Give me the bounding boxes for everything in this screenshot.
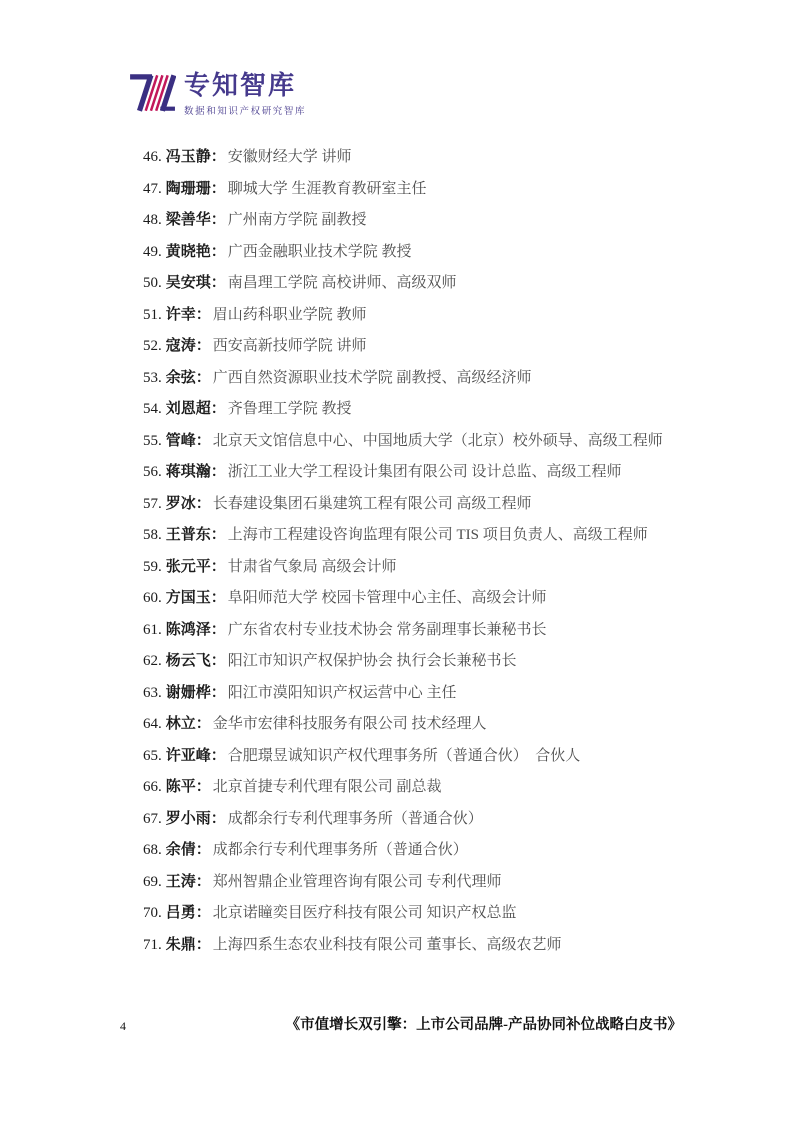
item-name: 黄晓艳： (166, 244, 226, 260)
document-page: 专知智库 数据和知识产权研究智库 46.冯玉静：安徽财经大学 讲师 47.陶珊珊… (0, 0, 794, 1123)
item-name: 林立： (166, 716, 211, 732)
item-affiliation: 长春建设集团石巢建筑工程有限公司 高级工程师 (213, 496, 532, 512)
item-number: 51. (143, 307, 162, 323)
item-number: 57. (143, 496, 162, 512)
item-number: 68. (143, 842, 162, 858)
item-number: 59. (143, 559, 162, 575)
item-affiliation: 上海市工程建设咨询监理有限公司 TIS 项目负责人、高级工程师 (228, 527, 648, 543)
item-name: 王涛： (166, 874, 211, 890)
item-name: 余弦： (166, 370, 211, 386)
item-affiliation: 阳江市漠阳知识产权运营中心 主任 (228, 685, 457, 701)
list-item: 57.罗冰：长春建设集团石巢建筑工程有限公司 高级工程师 (143, 489, 691, 521)
item-number: 58. (143, 527, 162, 543)
item-affiliation: 北京首捷专利代理有限公司 副总裁 (213, 779, 442, 795)
item-affiliation: 上海四系生态农业科技有限公司 董事长、高级农艺师 (213, 937, 562, 953)
item-name: 吕勇： (166, 905, 211, 921)
brand-logo-icon (128, 68, 176, 116)
item-affiliation: 南昌理工学院 高校讲师、高级双师 (228, 275, 457, 291)
item-number: 54. (143, 401, 162, 417)
item-name: 杨云飞： (166, 653, 226, 669)
item-name: 余倩： (166, 842, 211, 858)
item-affiliation: 浙江工业大学工程设计集团有限公司 设计总监、高级工程师 (228, 464, 622, 480)
list-item: 69.王涛：郑州智鼎企业管理咨询有限公司 专利代理师 (143, 867, 691, 899)
item-affiliation: 安徽财经大学 讲师 (228, 149, 352, 165)
item-number: 71. (143, 937, 162, 953)
item-number: 62. (143, 653, 162, 669)
item-name: 罗冰： (166, 496, 211, 512)
item-name: 梁善华： (166, 212, 226, 228)
item-number: 52. (143, 338, 162, 354)
item-affiliation: 北京诺瞳奕目医疗科技有限公司 知识产权总监 (213, 905, 517, 921)
brand-text: 专知智库 数据和知识产权研究智库 (184, 68, 306, 117)
list-item: 65.许亚峰：合肥璟昱诚知识产权代理事务所（普通合伙） 合伙人 (143, 741, 691, 773)
list-item: 59.张元平：甘肃省气象局 高级会计师 (143, 552, 691, 584)
list-item: 48.梁善华：广州南方学院 副教授 (143, 205, 691, 237)
list-item: 51.许幸：眉山药科职业学院 教师 (143, 300, 691, 332)
list-item: 60.方国玉：阜阳师范大学 校园卡管理中心主任、高级会计师 (143, 583, 691, 615)
list-item: 68.余倩：成都余行专利代理事务所（普通合伙） (143, 835, 691, 867)
item-number: 64. (143, 716, 162, 732)
list-item: 52.寇涛：西安高新技师学院 讲师 (143, 331, 691, 363)
item-name: 张元平： (166, 559, 226, 575)
list-item: 56.蒋琪瀚：浙江工业大学工程设计集团有限公司 设计总监、高级工程师 (143, 457, 691, 489)
list-item: 63.谢姗桦：阳江市漠阳知识产权运营中心 主任 (143, 678, 691, 710)
item-affiliation: 眉山药科职业学院 教师 (213, 307, 367, 323)
item-affiliation: 广西金融职业技术学院 教授 (228, 244, 412, 260)
item-affiliation: 聊城大学 生涯教育教研室主任 (228, 181, 427, 197)
brand-tagline: 数据和知识产权研究智库 (184, 103, 306, 117)
item-number: 67. (143, 811, 162, 827)
item-name: 管峰： (166, 433, 211, 449)
item-affiliation: 北京天文馆信息中心、中国地质大学（北京）校外硕导、高级工程师 (213, 433, 663, 449)
list-item: 64.林立：金华市宏律科技服务有限公司 技术经理人 (143, 709, 691, 741)
footer-book-title: 《市值增长双引擎：上市公司品牌-产品协同补位战略白皮书》 (286, 1014, 682, 1036)
list-item: 47.陶珊珊：聊城大学 生涯教育教研室主任 (143, 174, 691, 206)
list-item: 54.刘恩超：齐鲁理工学院 教授 (143, 394, 691, 426)
item-name: 许亚峰： (166, 748, 226, 764)
item-name: 谢姗桦： (166, 685, 226, 701)
item-number: 65. (143, 748, 162, 764)
item-name: 吴安琪： (166, 275, 226, 291)
item-affiliation: 广州南方学院 副教授 (228, 212, 367, 228)
item-number: 66. (143, 779, 162, 795)
list-item: 46.冯玉静：安徽财经大学 讲师 (143, 142, 691, 174)
item-affiliation: 郑州智鼎企业管理咨询有限公司 专利代理师 (213, 874, 502, 890)
list-item: 71.朱鼎：上海四系生态农业科技有限公司 董事长、高级农艺师 (143, 930, 691, 962)
item-affiliation: 成都余行专利代理事务所（普通合伙） (213, 842, 468, 858)
item-number: 49. (143, 244, 162, 260)
list-item: 49.黄晓艳：广西金融职业技术学院 教授 (143, 237, 691, 269)
item-name: 王普东： (166, 527, 226, 543)
item-name: 陈平： (166, 779, 211, 795)
item-affiliation: 阳江市知识产权保护协会 执行会长兼秘书长 (228, 653, 517, 669)
list-item: 66.陈平：北京首捷专利代理有限公司 副总裁 (143, 772, 691, 804)
item-name: 方国玉： (166, 590, 226, 606)
item-name: 陶珊珊： (166, 181, 226, 197)
item-affiliation: 成都余行专利代理事务所（普通合伙） (228, 811, 483, 827)
item-name: 朱鼎： (166, 937, 211, 953)
item-number: 56. (143, 464, 162, 480)
item-affiliation: 阜阳师范大学 校园卡管理中心主任、高级会计师 (228, 590, 547, 606)
item-name: 蒋琪瀚： (166, 464, 226, 480)
item-number: 61. (143, 622, 162, 638)
item-number: 63. (143, 685, 162, 701)
item-name: 刘恩超： (166, 401, 226, 417)
list-item: 58.王普东：上海市工程建设咨询监理有限公司 TIS 项目负责人、高级工程师 (143, 520, 691, 552)
item-number: 55. (143, 433, 162, 449)
item-name: 罗小雨： (166, 811, 226, 827)
list-item: 67.罗小雨：成都余行专利代理事务所（普通合伙） (143, 804, 691, 836)
list-item: 55.管峰：北京天文馆信息中心、中国地质大学（北京）校外硕导、高级工程师 (143, 426, 691, 458)
item-number: 53. (143, 370, 162, 386)
item-number: 69. (143, 874, 162, 890)
brand-name: 专知智库 (184, 70, 306, 100)
page-number: 4 (120, 1016, 126, 1036)
list-item: 70.吕勇：北京诺瞳奕目医疗科技有限公司 知识产权总监 (143, 898, 691, 930)
item-affiliation: 西安高新技师学院 讲师 (213, 338, 367, 354)
item-affiliation: 广东省农村专业技术协会 常务副理事长兼秘书长 (228, 622, 547, 638)
item-number: 46. (143, 149, 162, 165)
brand-header: 专知智库 数据和知识产权研究智库 (128, 68, 306, 117)
item-affiliation: 金华市宏律科技服务有限公司 技术经理人 (213, 716, 487, 732)
item-number: 48. (143, 212, 162, 228)
item-name: 陈鸿泽： (166, 622, 226, 638)
item-affiliation: 甘肃省气象局 高级会计师 (228, 559, 397, 575)
item-affiliation: 齐鲁理工学院 教授 (228, 401, 352, 417)
list-item: 50.吴安琪：南昌理工学院 高校讲师、高级双师 (143, 268, 691, 300)
item-name: 许幸： (166, 307, 211, 323)
item-number: 70. (143, 905, 162, 921)
list-item: 62.杨云飞：阳江市知识产权保护协会 执行会长兼秘书长 (143, 646, 691, 678)
item-affiliation: 广西自然资源职业技术学院 副教授、高级经济师 (213, 370, 532, 386)
item-affiliation: 合肥璟昱诚知识产权代理事务所（普通合伙） 合伙人 (228, 748, 581, 764)
item-number: 47. (143, 181, 162, 197)
item-number: 60. (143, 590, 162, 606)
list-item: 53.余弦：广西自然资源职业技术学院 副教授、高级经济师 (143, 363, 691, 395)
item-name: 寇涛： (166, 338, 211, 354)
expert-roster-list: 46.冯玉静：安徽财经大学 讲师 47.陶珊珊：聊城大学 生涯教育教研室主任 4… (143, 142, 691, 961)
item-name: 冯玉静： (166, 149, 226, 165)
list-item: 61.陈鸿泽：广东省农村专业技术协会 常务副理事长兼秘书长 (143, 615, 691, 647)
item-number: 50. (143, 275, 162, 291)
